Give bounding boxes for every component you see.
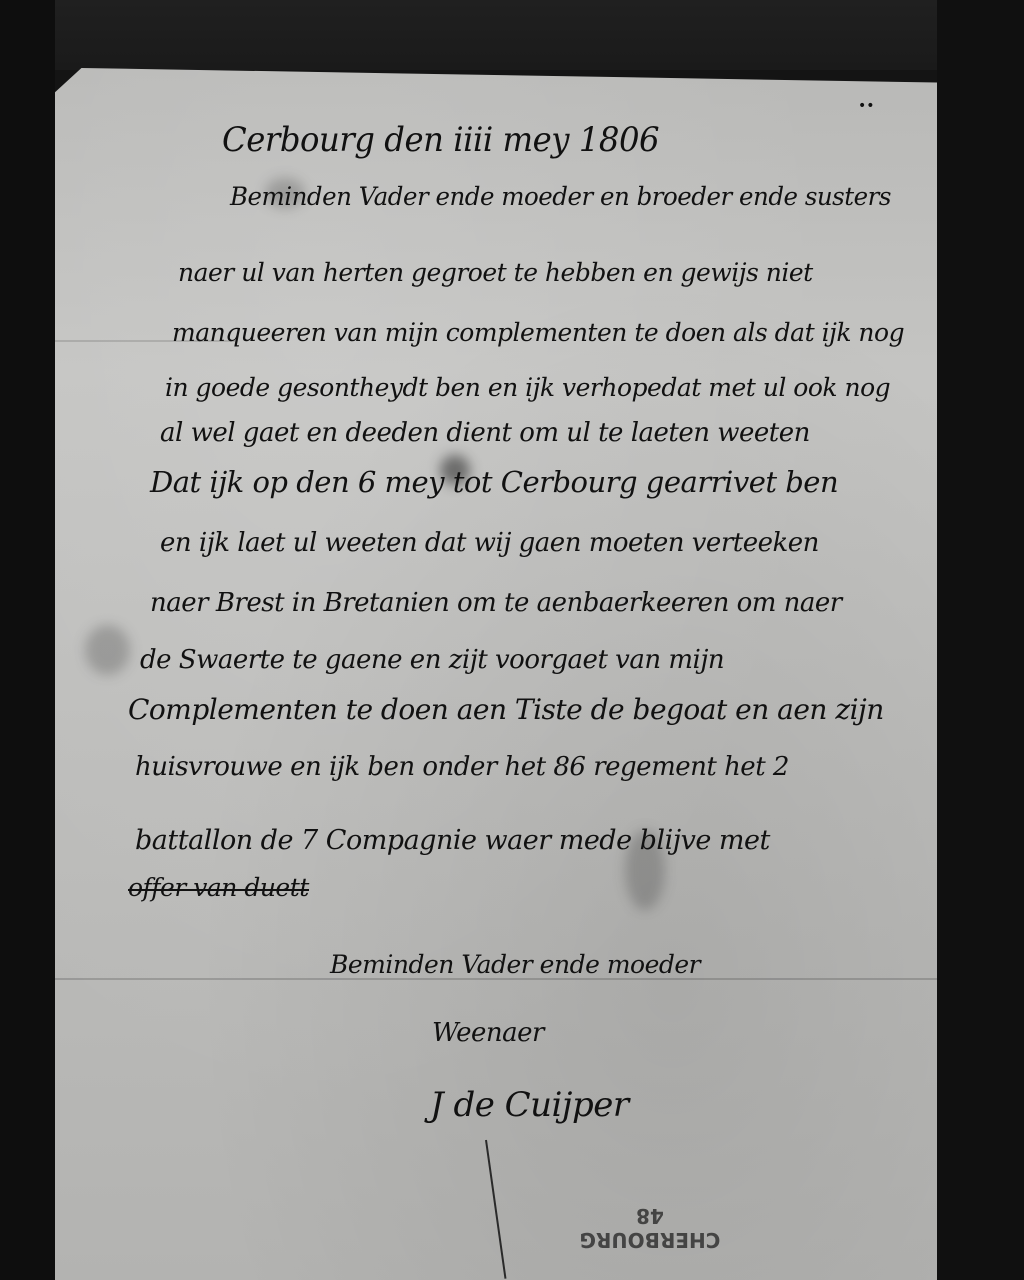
body-line-1: naer ul van herten gegroet te hebben en … [178, 258, 813, 287]
closing-line: Beminden Vader ende moeder [330, 950, 700, 979]
body-line-6: en ijk laet ul weeten dat wij gaen moete… [160, 528, 819, 558]
place-date-heading: Cerbourg den iiii mey 1806 [222, 120, 659, 160]
body-line-5: Dat ijk op den 6 mey tot Cerbourg gearri… [150, 465, 838, 499]
body-line-11: battallon de 7 Compagnie waer mede blijv… [135, 825, 770, 856]
stamp-text-place: CHERBOURG [565, 1228, 735, 1252]
corner-mark: •• [858, 98, 875, 114]
scan-background-top [0, 0, 1024, 70]
body-line-8: de Swaerte te gaene en zijt voorgaet van… [140, 645, 724, 675]
body-line-12-struck: offer van duett [128, 873, 309, 902]
body-line-4: al wel gaet en deeden dient om ul te lae… [160, 418, 810, 448]
closing-line-2: Weenaer [432, 1018, 544, 1048]
body-line-3: in goede gesontheydt ben en ijk verhoped… [165, 373, 890, 402]
body-line-10: huisvrouwe en ijk ben onder het 86 regem… [135, 752, 789, 782]
body-line-9: Complementen te doen aen Tiste de begoat… [128, 693, 884, 726]
body-line-7: naer Brest in Bretanien om te aenbaerkee… [150, 588, 842, 618]
salutation: Beminden Vader ende moeder en broeder en… [230, 182, 891, 211]
postal-stamp: CHERBOURG 48 [565, 1192, 735, 1252]
body-line-2: manqueeren van mijn complementen te doen… [172, 318, 904, 347]
water-stain [85, 625, 130, 675]
stamp-text-number: 48 [565, 1204, 735, 1228]
scan-background-right [937, 0, 1024, 1280]
signature: J de Cuijper [430, 1085, 629, 1125]
scan-background-left [0, 0, 55, 1280]
